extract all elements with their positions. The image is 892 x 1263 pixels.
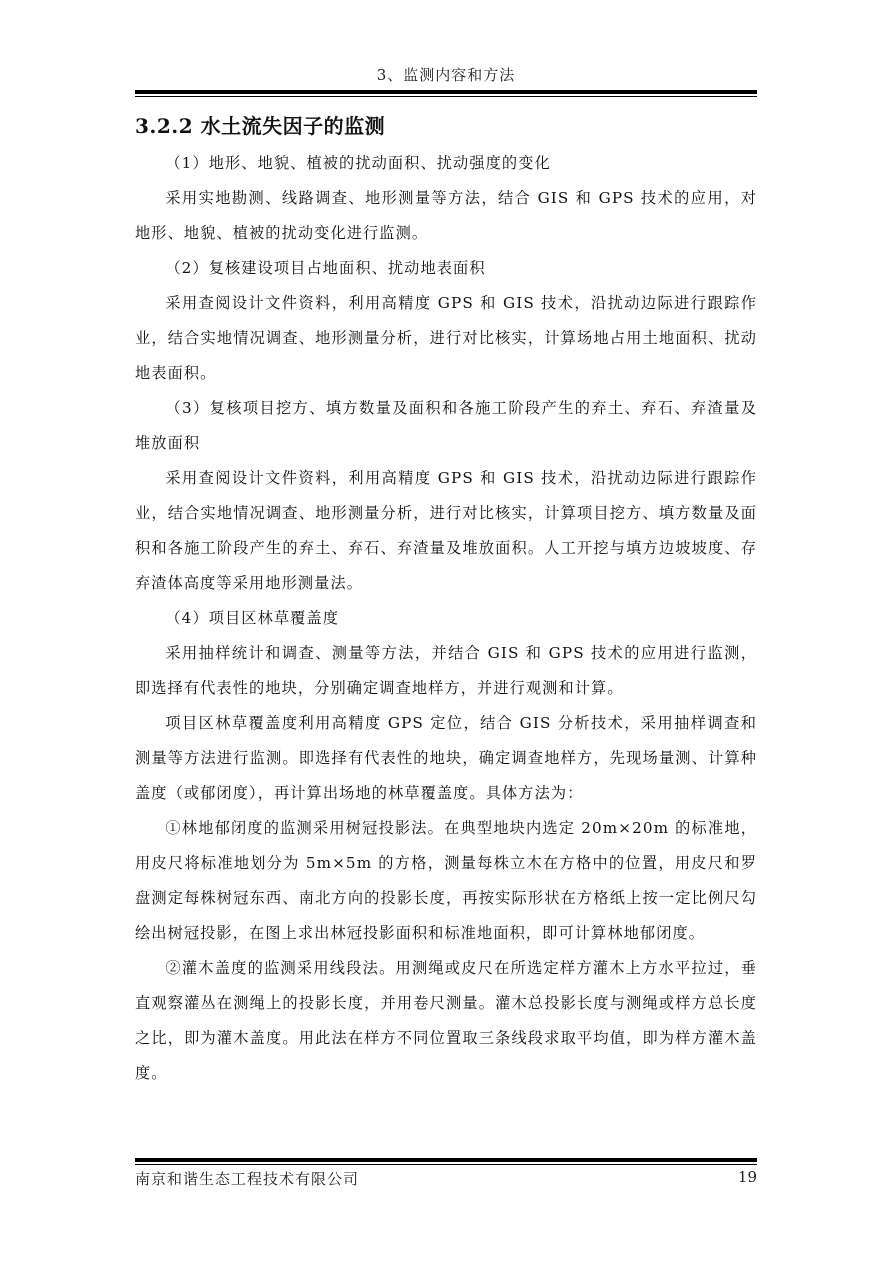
- footer-rule-thick: [135, 1158, 757, 1162]
- subheading-2: （2）复核建设项目占地面积、扰动地表面积: [135, 251, 757, 286]
- header-rule-thin: [135, 96, 757, 97]
- subheading-3: （3）复核项目挖方、填方数量及面积和各施工阶段产生的弃土、弃石、弃渣量及堆放面积: [135, 391, 757, 461]
- subheading-1: （1）地形、地貌、植被的扰动面积、扰动强度的变化: [135, 146, 757, 181]
- page-number: 19: [738, 1168, 757, 1186]
- footer-company-name: 南京和谐生态工程技术有限公司: [135, 1168, 359, 1189]
- paragraph: 项目区林草覆盖度利用高精度 GPS 定位，结合 GIS 分析技术，采用抽样调查和…: [135, 706, 757, 811]
- body-text: （1）地形、地貌、植被的扰动面积、扰动强度的变化 采用实地勘测、线路调查、地形测…: [135, 146, 757, 1091]
- paragraph: 采用查阅设计文件资料，利用高精度 GPS 和 GIS 技术，沿扰动边际进行跟踪作…: [135, 286, 757, 391]
- header-rule-thick: [135, 90, 757, 94]
- section-heading: 3.2.2 水土流失因子的监测: [135, 110, 385, 139]
- paragraph: 采用实地勘测、线路调查、地形测量等方法，结合 GIS 和 GPS 技术的应用，对…: [135, 181, 757, 251]
- subheading-4: （4）项目区林草覆盖度: [135, 601, 757, 636]
- paragraph-canopy-method: ①林地郁闭度的监测采用树冠投影法。在典型地块内选定 20m×20m 的标准地，用…: [135, 811, 757, 951]
- footer-rule-thin: [135, 1164, 757, 1165]
- paragraph-shrub-method: ②灌木盖度的监测采用线段法。用测绳或皮尺在所选定样方灌木上方水平拉过，垂直观察灌…: [135, 951, 757, 1091]
- running-header-chapter-title: 3、监测内容和方法: [135, 64, 757, 85]
- paragraph: 采用抽样统计和调查、测量等方法，并结合 GIS 和 GPS 技术的应用进行监测，…: [135, 636, 757, 706]
- paragraph: 采用查阅设计文件资料，利用高精度 GPS 和 GIS 技术，沿扰动边际进行跟踪作…: [135, 461, 757, 601]
